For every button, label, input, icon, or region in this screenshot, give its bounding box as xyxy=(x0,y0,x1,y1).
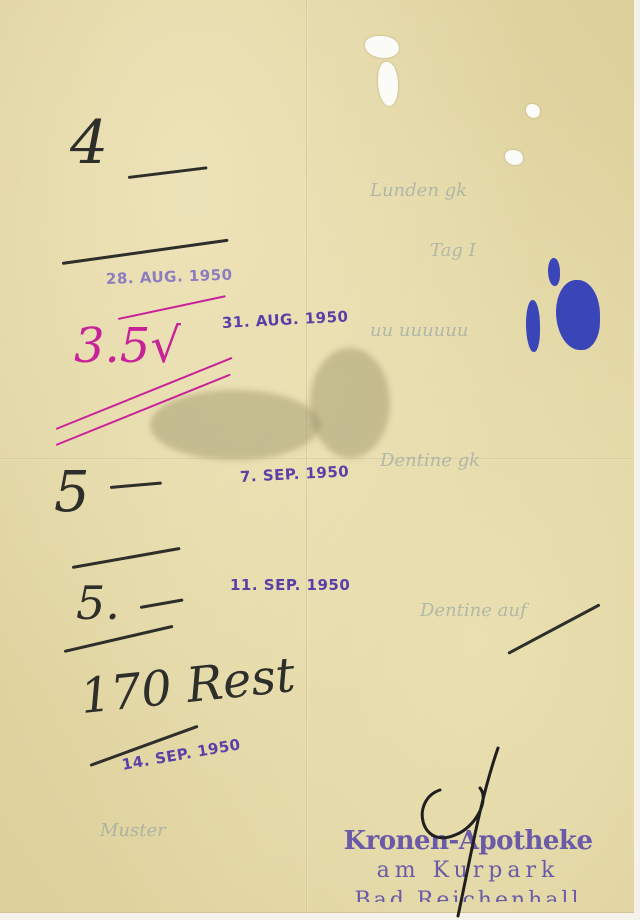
ink-blot xyxy=(526,300,540,352)
fold-horizontal xyxy=(0,458,634,460)
amount-4: 4 xyxy=(70,108,108,178)
faint-writing: Lunden gk xyxy=(370,180,467,201)
underline xyxy=(72,547,181,569)
paper-hole xyxy=(365,36,399,58)
signature xyxy=(410,740,520,920)
paper-hole xyxy=(378,62,398,106)
date-stamp: 11. SEP. 1950 xyxy=(230,576,350,594)
document-paper: Lunden gk Tag I uu uuuuuu Dentine gk Den… xyxy=(0,0,634,913)
water-stain xyxy=(150,390,320,460)
dash-line xyxy=(128,166,208,179)
amount-170-rest: 170 Rest xyxy=(78,647,298,725)
amount-5b: 5. xyxy=(76,576,120,630)
date-stamp: 14. SEP. 1950 xyxy=(120,735,242,774)
fold-vertical xyxy=(306,0,308,912)
dash-line xyxy=(140,598,184,609)
date-stamp: 28. AUG. 1950 xyxy=(106,266,233,288)
underline xyxy=(62,239,229,265)
dash-line xyxy=(110,481,162,489)
paper-hole xyxy=(526,104,540,118)
faint-writing: uu uuuuuu xyxy=(370,320,468,341)
date-stamp: 31. AUG. 1950 xyxy=(222,307,349,332)
ink-blot xyxy=(548,258,560,286)
water-stain xyxy=(310,348,390,458)
faint-writing: Tag I xyxy=(430,240,476,261)
faint-writing: Muster xyxy=(100,820,166,841)
paper-hole xyxy=(505,150,523,165)
faint-writing: Dentine auf xyxy=(420,600,527,621)
amount-3-5: 3.5√ xyxy=(74,318,181,374)
faint-writing: Dentine gk xyxy=(380,450,480,471)
date-stamp: 7. SEP. 1950 xyxy=(240,462,350,486)
ink-blot xyxy=(556,280,600,350)
amount-5: 5 xyxy=(54,460,90,525)
pink-line xyxy=(118,295,226,320)
